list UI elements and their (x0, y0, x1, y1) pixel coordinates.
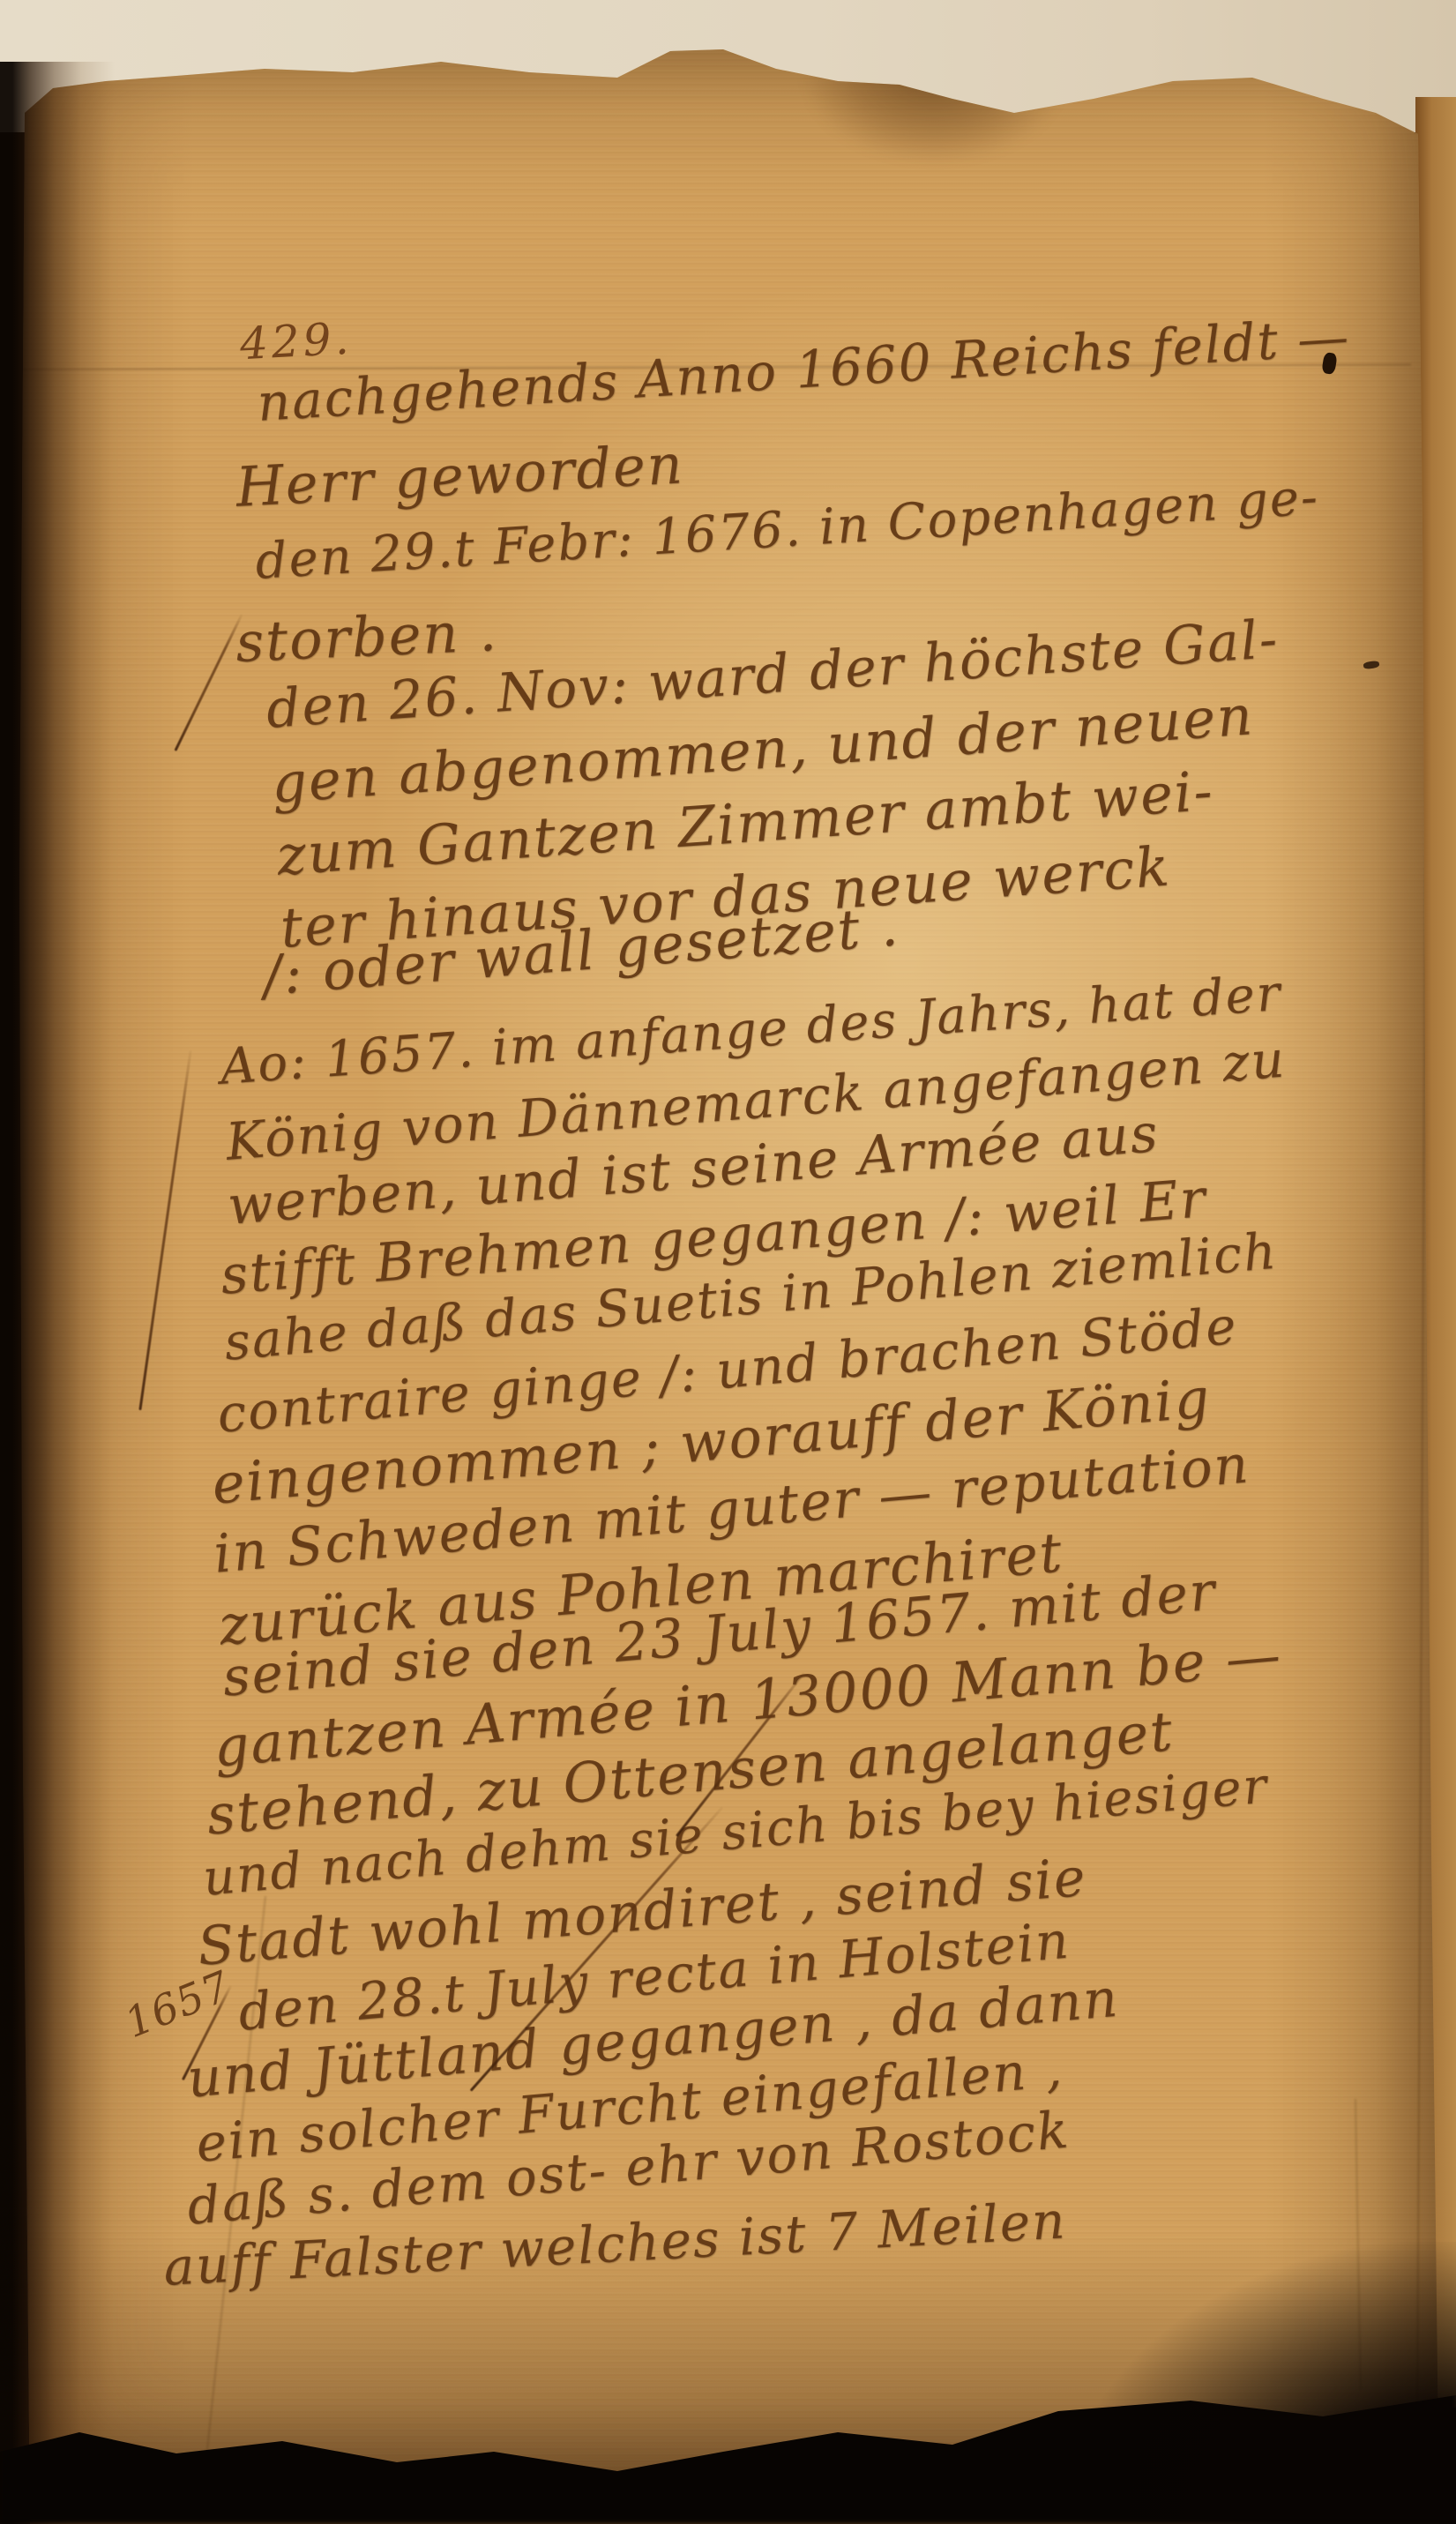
book-gutter-shadow (0, 62, 115, 2524)
page-vignette (0, 0, 1456, 2524)
manuscript-photo: 429. 1657 nachgehends Anno 1660 Reichs f… (0, 0, 1456, 2524)
bottom-right-shadow (1068, 2242, 1456, 2524)
manuscript-page: 429. 1657 nachgehends Anno 1660 Reichs f… (0, 0, 1456, 2524)
